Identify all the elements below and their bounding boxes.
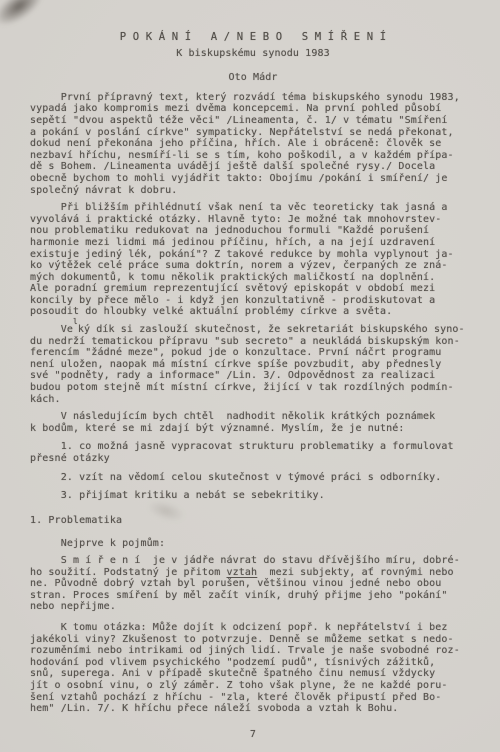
list-item-3: 3. přijímat kritiku a nebát se sebekriti…	[30, 490, 476, 502]
paragraph-1: První přípravný text, který rozvádí téma…	[30, 92, 476, 196]
page-number: 7	[30, 729, 476, 741]
paragraph-6: K tomu otázka: Může dojít k odcizení pop…	[30, 622, 476, 715]
document-title: P O K Á N Í A / N E B O S M Í Ř E N Í	[30, 32, 476, 44]
paragraph-5: S m í ř e n í je v jádře návrat do stavu…	[30, 555, 476, 613]
list-item-2: 2. vzít na vědomí celou skutečnost v tým…	[30, 472, 476, 484]
author-name: Oto Mádr	[30, 72, 476, 84]
document-subtitle: K biskupskému synodu 1983	[30, 48, 476, 60]
section-intro: Nejprve k pojmům:	[30, 538, 476, 550]
list-item-1: 1. co možná jasně vypracovat strukturu p…	[30, 441, 476, 464]
scanned-page: P O K Á N Í A / N E B O S M Í Ř E N Í K …	[0, 0, 500, 752]
paragraph-2: Při bližším přihlédnutí však není ta věc…	[30, 202, 476, 318]
paragraph-4: V následujícím bych chtěl nadhodit někol…	[30, 411, 476, 434]
section-heading: 1. Problematika	[30, 515, 476, 527]
paragraph-3: Velký dík si zaslouží skutečnost, že sek…	[30, 324, 476, 405]
